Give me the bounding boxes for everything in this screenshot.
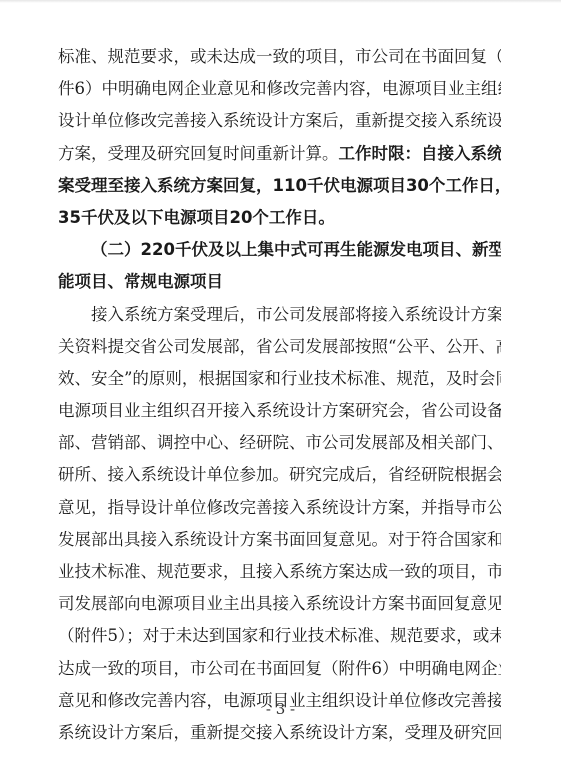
text-line: 部、营销部、调控中心、经研院、市公司发展部及相关部门、经 [58, 427, 501, 459]
text-line: 系统设计方案后，重新提交接入系统设计方案，受理及研究回复 [58, 717, 501, 749]
text-line: 电源项目业主组织召开接入系统设计方案研究会，省公司设备 [58, 395, 501, 427]
text-line: 效、安全”的原则，根据国家和行业技术标准、规范，及时会同 [58, 363, 501, 395]
text-line: 关资料提交省公司发展部，省公司发展部按照“公平、公开、高 [58, 331, 501, 363]
text-line: （附件5）；对于未达到国家和行业技术标准、规范要求，或未 [58, 620, 501, 652]
text-line: 研所、接入系统设计单位参加。研究完成后，省经研院根据会议 [58, 459, 501, 491]
work-time-limit-line: 35千伏及以下电源项目20个工作日。 [58, 202, 501, 234]
document-page: 标准、规范要求，或未达成一致的项目，市公司在书面回复（附 件6）中明确电网企业意… [0, 0, 561, 763]
paragraph-first-line: 接入系统方案受理后，市公司发展部将接入系统设计方案相 [58, 299, 501, 331]
text-line: 业技术标准、规范要求，且接入系统方案达成一致的项目，市公 [58, 556, 501, 588]
page-number: - 3 - [0, 700, 561, 718]
body-text: 标准、规范要求，或未达成一致的项目，市公司在书面回复（附 件6）中明确电网企业意… [58, 41, 501, 749]
work-time-limit-line: 案受理至接入系统方案回复，110千伏电源项目30个工作日， [58, 170, 501, 202]
text-line: 司发展部向电源项目业主出具接入系统设计方案书面回复意见 [58, 588, 501, 620]
text-line: 意见，指导设计单位修改完善接入系统设计方案，并指导市公司 [58, 492, 501, 524]
text-line-mixed: 方案，受理及研究回复时间重新计算。工作时限：自接入系统方 [58, 138, 501, 170]
text-run: 方案，受理及研究回复时间重新计算。 [58, 144, 339, 163]
text-line: 标准、规范要求，或未达成一致的项目，市公司在书面回复（附 [58, 41, 501, 73]
section-heading: （二）220千伏及以上集中式可再生能源发电项目、新型储 [58, 234, 501, 266]
section-heading-cont: 能项目、常规电源项目 [58, 266, 501, 298]
text-line: 发展部出具接入系统设计方案书面回复意见。对于符合国家和行 [58, 524, 501, 556]
text-line: 达成一致的项目，市公司在书面回复（附件6）中明确电网企业 [58, 653, 501, 685]
text-line: 件6）中明确电网企业意见和修改完善内容，电源项目业主组织 [58, 73, 501, 105]
work-time-limit-bold: 工作时限：自接入系统方 [339, 144, 502, 163]
text-line: 设计单位修改完善接入系统设计方案后，重新提交接入系统设计 [58, 105, 501, 137]
